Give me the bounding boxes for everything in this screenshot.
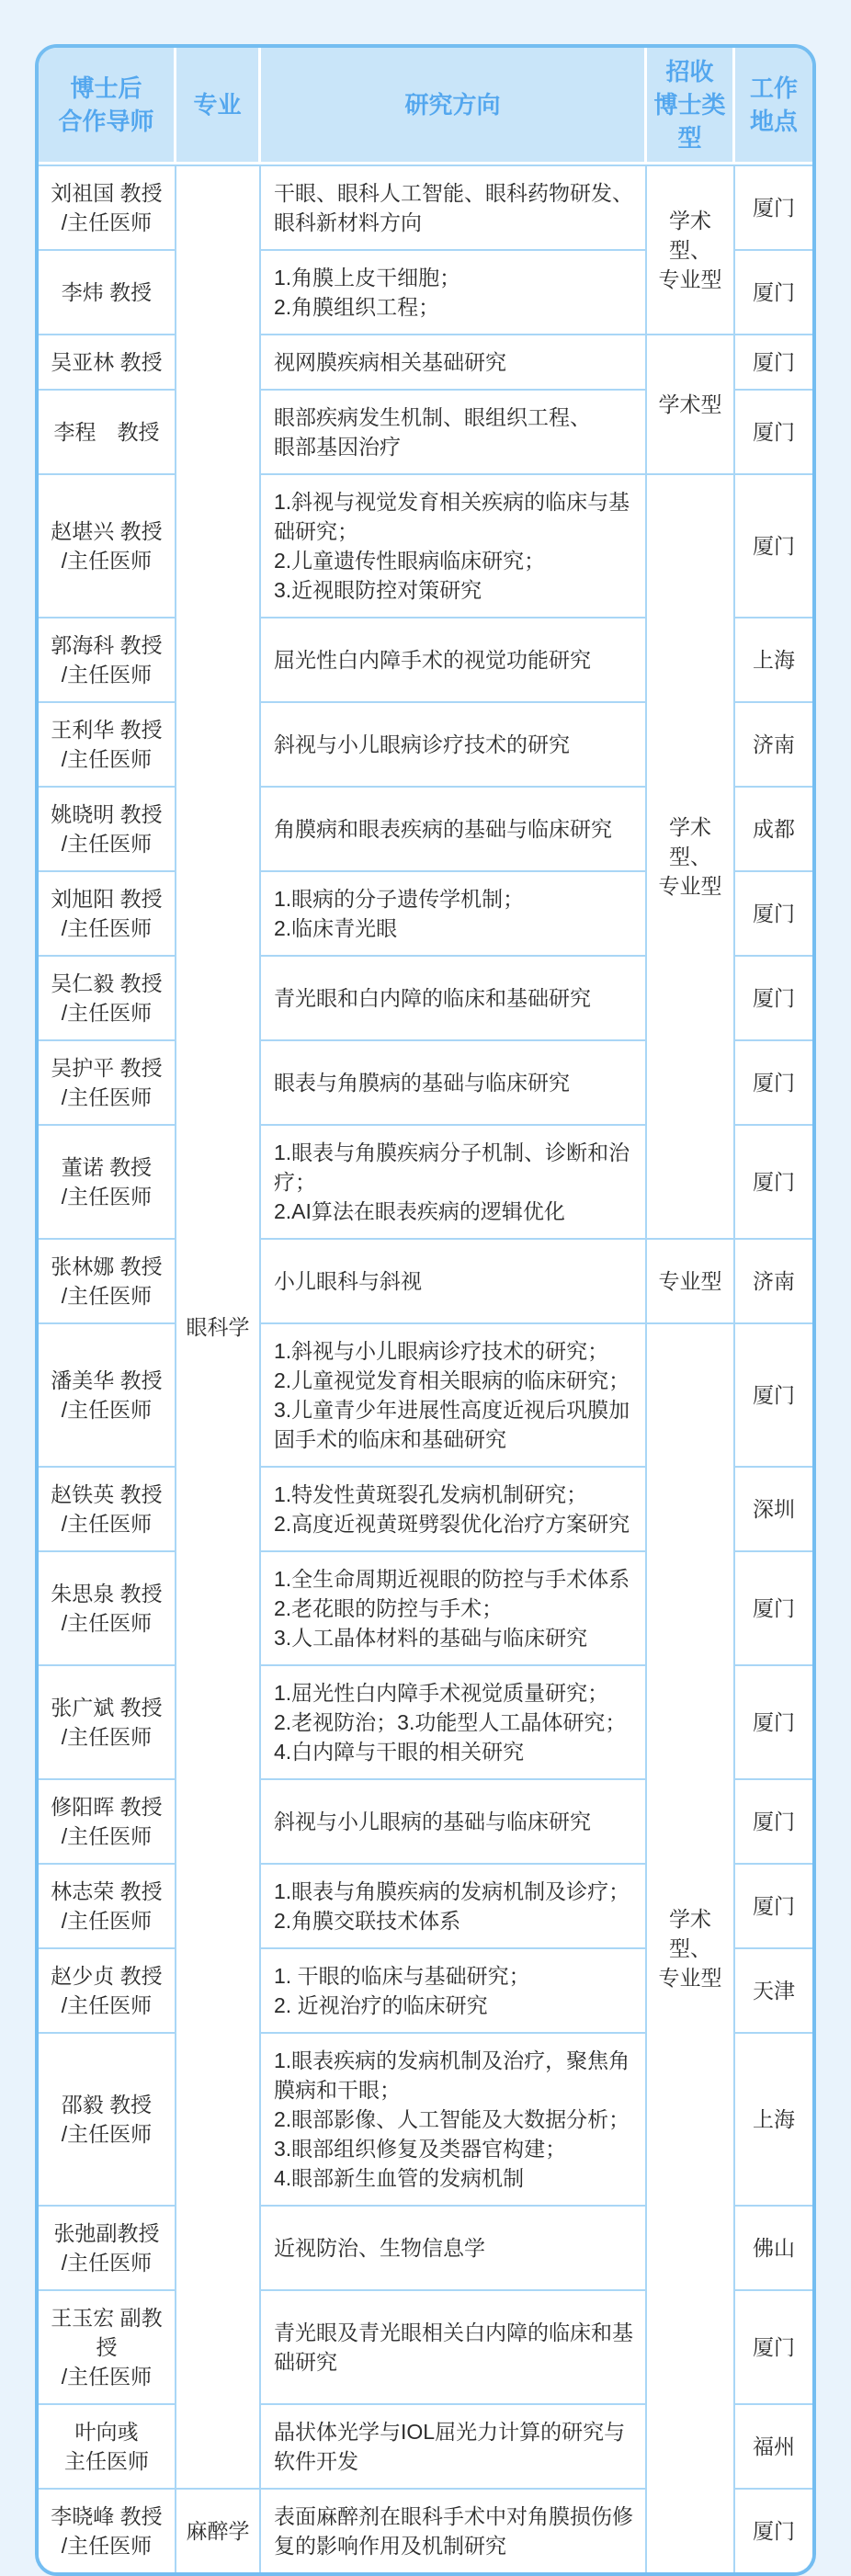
research-cell: 1. 干眼的临床与基础研究； 2. 近视治疗的临床研究 [261, 1949, 647, 2034]
location-cell: 福州 [735, 2405, 812, 2490]
supervisor-cell: 郭海科 教授 /主任医师 [39, 618, 176, 703]
research-cell: 眼表与角膜病的基础与临床研究 [261, 1041, 647, 1126]
table-row: 赵堪兴 教授 /主任医师 1.斜视与视觉发育相关疾病的临床与基础研究； 2.儿童… [39, 475, 812, 618]
location-cell: 厦门 [735, 475, 812, 618]
supervisor-cell: 刘祖国 教授 /主任医师 [39, 165, 176, 251]
research-cell: 1.眼病的分子遗传学机制； 2.临床青光眼 [261, 872, 647, 957]
location-cell: 天津 [735, 1949, 812, 2034]
location-cell: 厦门 [735, 1126, 812, 1240]
research-cell: 角膜病和眼表疾病的基础与临床研究 [261, 788, 647, 872]
doctor-type-cell: 学术型 [647, 335, 735, 475]
table-row: 刘祖国 教授 /主任医师 眼科学 干眼、眼科人工智能、眼科药物研发、眼科新材料方… [39, 165, 812, 251]
location-cell: 厦门 [735, 872, 812, 957]
location-cell: 济南 [735, 703, 812, 788]
supervisor-cell: 修阳晖 教授 /主任医师 [39, 1780, 176, 1865]
research-cell: 1.特发性黄斑裂孔发病机制研究； 2.高度近视黄斑劈裂优化治疗方案研究 [261, 1468, 647, 1552]
col-header-specialty: 专业 [176, 48, 261, 165]
doctor-type-cell: 专业型 [647, 1240, 735, 1324]
page: { "table": { "headers": { "supervisor": … [0, 0, 851, 2569]
table-row: 吴亚林 教授 视网膜疾病相关基础研究 学术型 厦门 [39, 335, 812, 391]
research-cell: 屈光性白内障手术的视觉功能研究 [261, 618, 647, 703]
table-row: 潘美华 教授 /主任医师 1.斜视与小儿眼病诊疗技术的研究； 2.儿童视觉发育相… [39, 1324, 812, 1468]
supervisor-cell: 王利华 教授 /主任医师 [39, 703, 176, 788]
location-cell: 上海 [735, 2034, 812, 2207]
supervisor-cell: 林志荣 教授 /主任医师 [39, 1865, 176, 1949]
doctor-type-cell: 学术型、 专业型 [647, 475, 735, 1240]
location-cell: 厦门 [735, 2490, 812, 2572]
location-cell: 深圳 [735, 1468, 812, 1552]
col-header-research: 研究方向 [261, 48, 647, 165]
location-cell: 厦门 [735, 1324, 812, 1468]
research-cell: 晶状体光学与IOL屈光力计算的研究与软件开发 [261, 2405, 647, 2490]
research-cell: 青光眼和白内障的临床和基础研究 [261, 957, 647, 1041]
supervisor-cell: 潘美华 教授 /主任医师 [39, 1324, 176, 1468]
research-cell: 近视防治、生物信息学 [261, 2207, 647, 2291]
supervisor-table: 博士后 合作导师 专业 研究方向 招收 博士类型 工作 地点 刘祖国 教授 /主… [39, 48, 812, 2572]
supervisor-cell: 王玉宏 副教授 /主任医师 [39, 2291, 176, 2405]
supervisor-cell: 叶向彧 主任医师 [39, 2405, 176, 2490]
location-cell: 厦门 [735, 957, 812, 1041]
supervisor-cell: 李程 教授 [39, 391, 176, 475]
research-cell: 1.眼表与角膜疾病分子机制、诊断和治疗； 2.AI算法在眼表疾病的逻辑优化 [261, 1126, 647, 1240]
header-row: 博士后 合作导师 专业 研究方向 招收 博士类型 工作 地点 [39, 48, 812, 165]
location-cell: 济南 [735, 1240, 812, 1324]
supervisor-cell: 朱思泉 教授 /主任医师 [39, 1552, 176, 1666]
supervisor-cell: 李晓峰 教授 /主任医师 [39, 2490, 176, 2572]
research-cell: 眼部疾病发生机制、眼组织工程、 眼部基因治疗 [261, 391, 647, 475]
location-cell: 厦门 [735, 1552, 812, 1666]
supervisor-table-card: 博士后 合作导师 专业 研究方向 招收 博士类型 工作 地点 刘祖国 教授 /主… [35, 44, 816, 2576]
location-cell: 厦门 [735, 1780, 812, 1865]
supervisor-cell: 姚晓明 教授 /主任医师 [39, 788, 176, 872]
location-cell: 厦门 [735, 1865, 812, 1949]
research-cell: 1.全生命周期近视眼的防控与手术体系 2.老花眼的防控与手术； 3.人工晶体材料… [261, 1552, 647, 1666]
research-cell: 小儿眼科与斜视 [261, 1240, 647, 1324]
research-cell: 1.角膜上皮干细胞； 2.角膜组织工程； [261, 251, 647, 335]
supervisor-cell: 刘旭阳 教授 /主任医师 [39, 872, 176, 957]
research-cell: 斜视与小儿眼病诊疗技术的研究 [261, 703, 647, 788]
research-cell: 1.斜视与视觉发育相关疾病的临床与基础研究； 2.儿童遗传性眼病临床研究； 3.… [261, 475, 647, 618]
col-header-location: 工作 地点 [735, 48, 812, 165]
supervisor-cell: 吴护平 教授 /主任医师 [39, 1041, 176, 1126]
supervisor-cell: 董诺 教授 /主任医师 [39, 1126, 176, 1240]
research-cell: 1.眼表疾病的发病机制及治疗，聚焦角膜病和干眼； 2.眼部影像、人工智能及大数据… [261, 2034, 647, 2207]
research-cell: 1.斜视与小儿眼病诊疗技术的研究； 2.儿童视觉发育相关眼病的临床研究； 3.儿… [261, 1324, 647, 1468]
location-cell: 厦门 [735, 251, 812, 335]
supervisor-cell: 吴亚林 教授 [39, 335, 176, 391]
table-row: 张林娜 教授 /主任医师 小儿眼科与斜视 专业型 济南 [39, 1240, 812, 1324]
location-cell: 厦门 [735, 1666, 812, 1780]
location-cell: 厦门 [735, 165, 812, 251]
specialty-cell-ophthalmology: 眼科学 [176, 165, 261, 2490]
supervisor-cell: 赵堪兴 教授 /主任医师 [39, 475, 176, 618]
col-header-supervisor: 博士后 合作导师 [39, 48, 176, 165]
doctor-type-cell: 学术型、 专业型 [647, 1324, 735, 2572]
research-cell: 干眼、眼科人工智能、眼科药物研发、眼科新材料方向 [261, 165, 647, 251]
col-header-doctor-type: 招收 博士类型 [647, 48, 735, 165]
location-cell: 厦门 [735, 391, 812, 475]
location-cell: 厦门 [735, 1041, 812, 1126]
location-cell: 厦门 [735, 335, 812, 391]
supervisor-cell: 邵毅 教授 /主任医师 [39, 2034, 176, 2207]
supervisor-cell: 李炜 教授 [39, 251, 176, 335]
supervisor-cell: 张广斌 教授 /主任医师 [39, 1666, 176, 1780]
location-cell: 成都 [735, 788, 812, 872]
location-cell: 佛山 [735, 2207, 812, 2291]
supervisor-cell: 张林娜 教授 /主任医师 [39, 1240, 176, 1324]
research-cell: 青光眼及青光眼相关白内障的临床和基础研究 [261, 2291, 647, 2405]
doctor-type-cell: 学术型、 专业型 [647, 165, 735, 335]
specialty-cell-anesthesiology: 麻醉学 [176, 2490, 261, 2572]
supervisor-cell: 赵少贞 教授 /主任医师 [39, 1949, 176, 2034]
supervisor-cell: 吴仁毅 教授 /主任医师 [39, 957, 176, 1041]
research-cell: 表面麻醉剂在眼科手术中对角膜损伤修复的影响作用及机制研究 [261, 2490, 647, 2572]
supervisor-cell: 赵铁英 教授 /主任医师 [39, 1468, 176, 1552]
research-cell: 1.眼表与角膜疾病的发病机制及诊疗； 2.角膜交联技术体系 [261, 1865, 647, 1949]
location-cell: 厦门 [735, 2291, 812, 2405]
research-cell: 斜视与小儿眼病的基础与临床研究 [261, 1780, 647, 1865]
research-cell: 视网膜疾病相关基础研究 [261, 335, 647, 391]
research-cell: 1.屈光性白内障手术视觉质量研究； 2.老视防治；3.功能型人工晶体研究； 4.… [261, 1666, 647, 1780]
supervisor-cell: 张弛副教授 /主任医师 [39, 2207, 176, 2291]
location-cell: 上海 [735, 618, 812, 703]
